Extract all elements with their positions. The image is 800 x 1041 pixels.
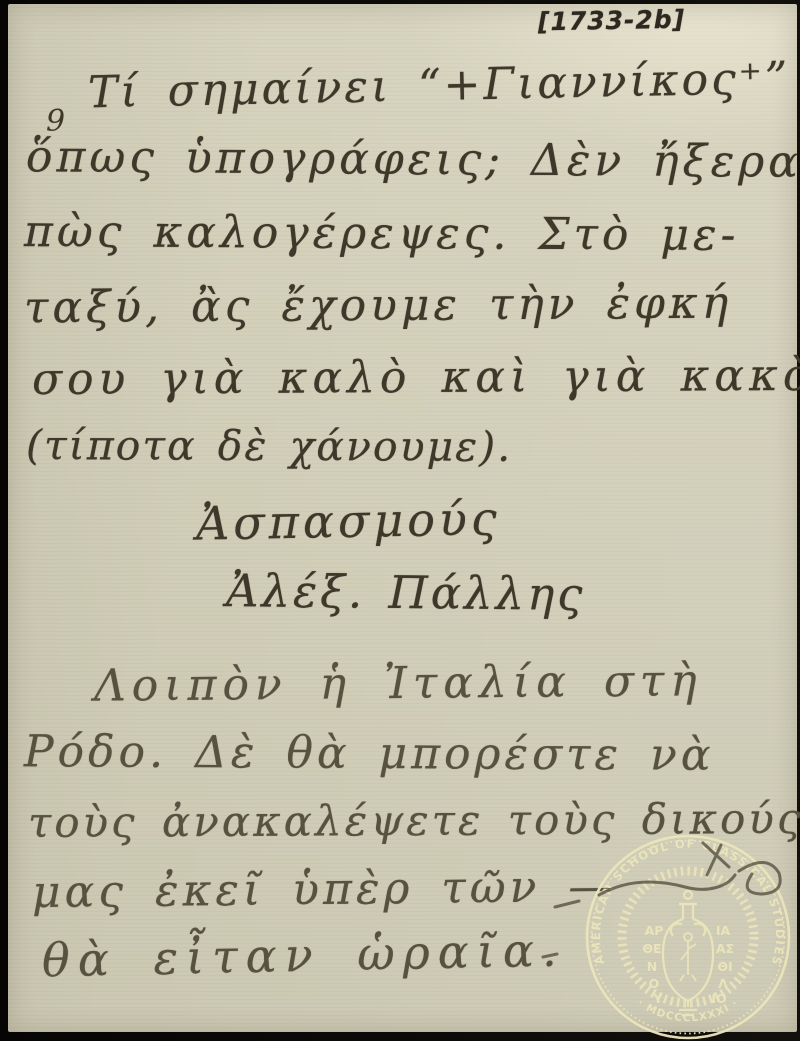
- letter-line: πὼς καλογέρεψες. Στὸ με-: [24, 206, 740, 261]
- pen-stroke: [599, 875, 735, 895]
- letter-line: Ρόδο. Δὲ θὰ μπορέστε νὰ: [24, 726, 715, 781]
- letter-line: θὰ εἶταν ὡραῖα.: [41, 923, 565, 988]
- letter-line: Λοιπὸν ἡ Ἰταλία στὴ: [94, 655, 703, 711]
- letter-line: σου γιὰ καλὸ καὶ γιὰ κακὸ: [32, 350, 800, 405]
- pen-stroke: [739, 862, 780, 894]
- letter-line: ταξύ, ἂς ἔχουμε τὴν ἐφκή: [24, 278, 732, 334]
- catalog-number: [1733-2b]: [538, 5, 686, 37]
- pen-stroke: [543, 954, 557, 957]
- letter-line: ὅπως ὑπογράφεις; Δὲν ἤξερα: [26, 131, 800, 187]
- pen-stroke: [555, 901, 579, 907]
- letter-line: μας ἐκεῖ ὑπὲρ τῶν —: [32, 861, 617, 918]
- letter-line: (τίποτα δὲ χάνουμε).: [26, 421, 512, 471]
- ink-flourishes: [535, 825, 800, 1041]
- signature: Ἀλέξ. Πάλλης: [226, 564, 586, 621]
- closing-salutation: Ἀσπασμούς: [196, 491, 502, 550]
- letter-scan-page: { "document": { "kind": "handwritten let…: [0, 0, 800, 1041]
- pen-stroke: [703, 843, 729, 875]
- ink-flourishes-graphic: [535, 825, 800, 1041]
